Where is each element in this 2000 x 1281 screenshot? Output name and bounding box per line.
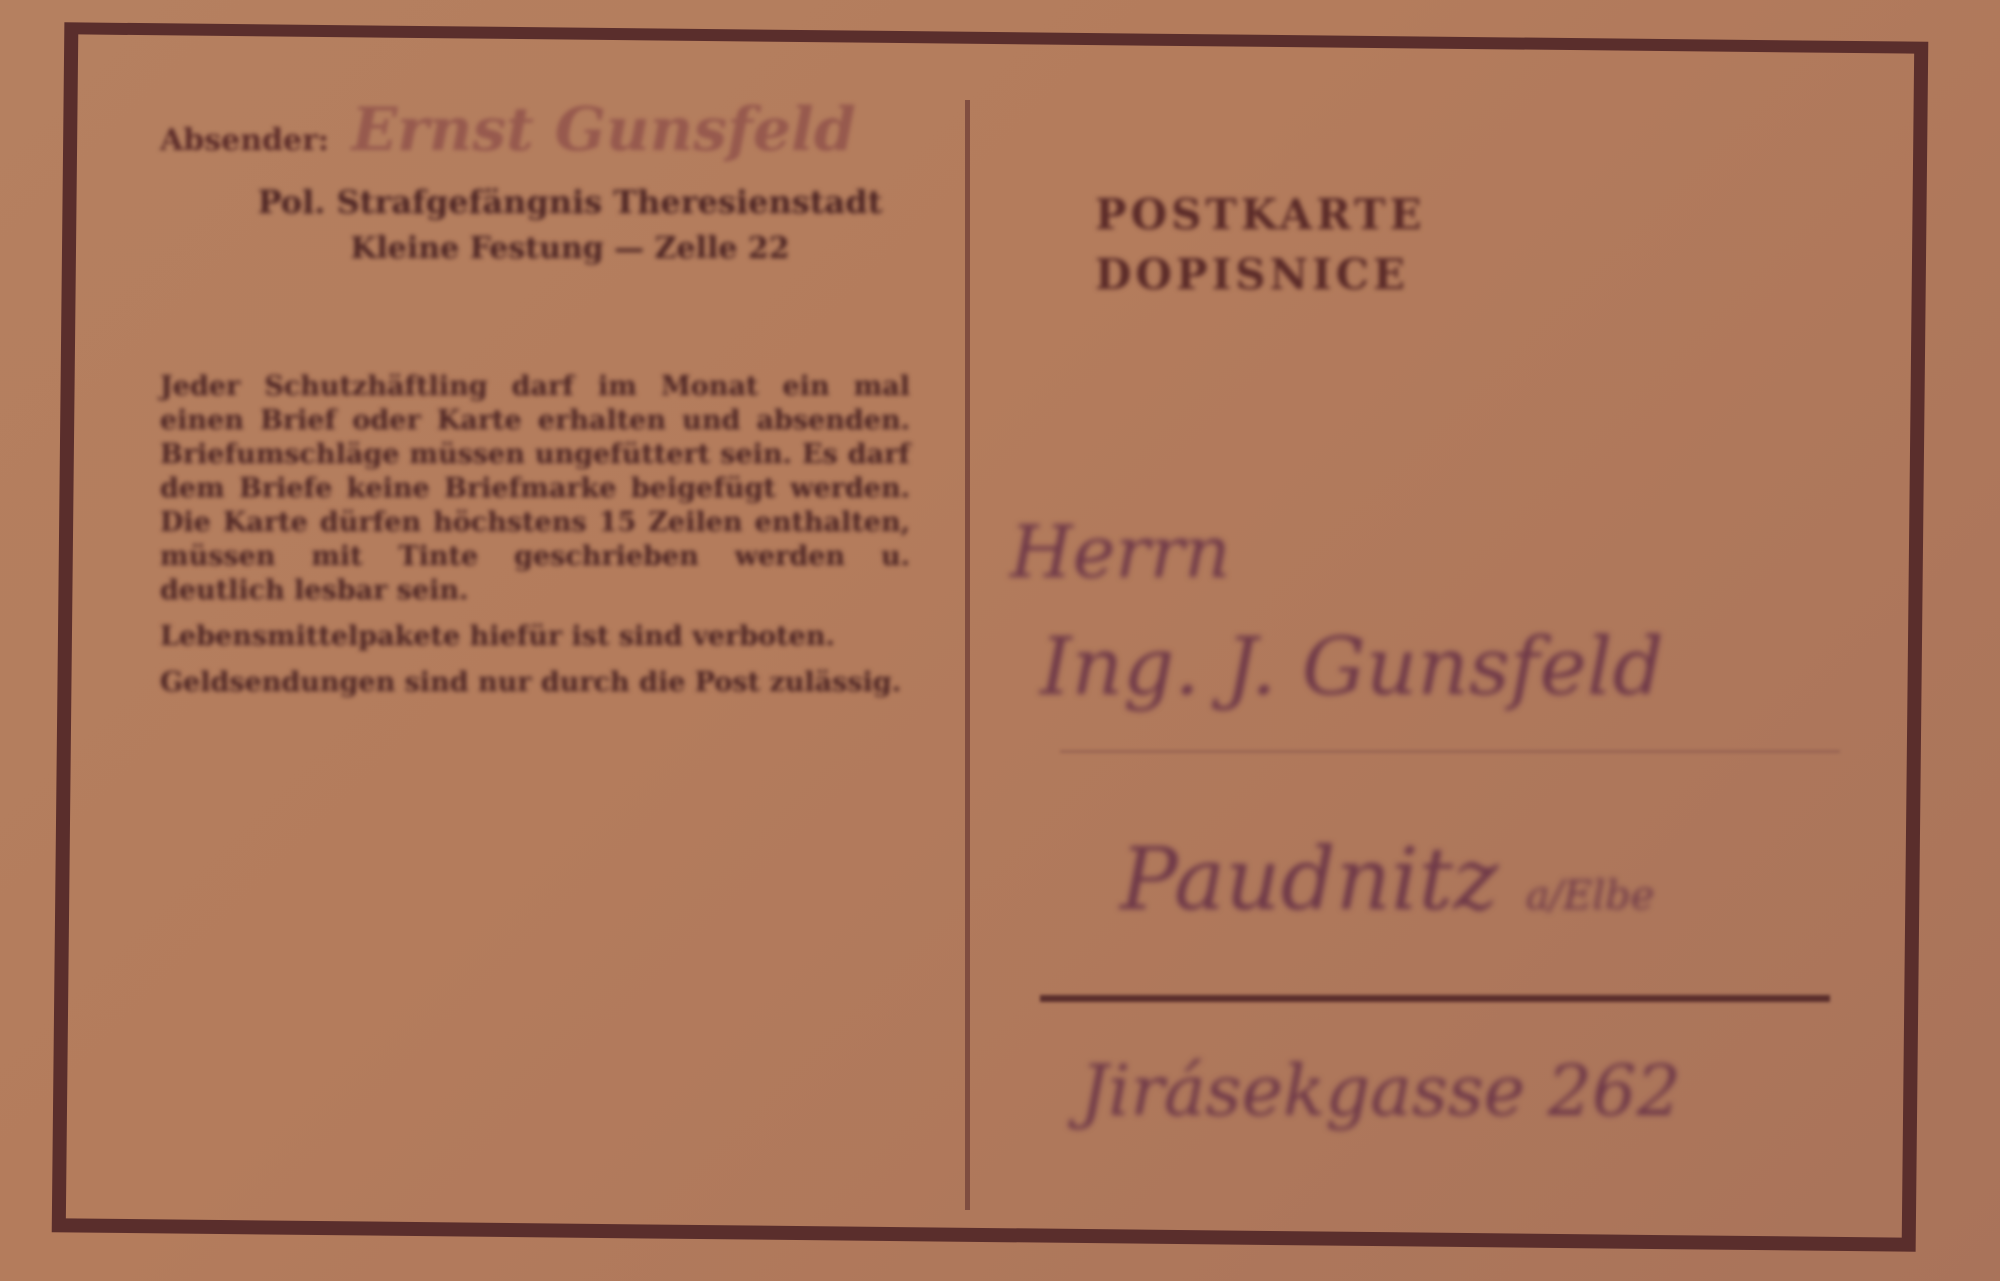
sender-block: Absender: Ernst Gunsfeld Pol. Strafgefän… (160, 95, 980, 266)
address-city-row: Paudnitz a/Elbe (1120, 830, 1654, 930)
address-guide-line (1060, 750, 1840, 753)
sender-label-row: Absender: Ernst Gunsfeld (160, 95, 980, 165)
address-street: Jirásekgasse 262 (1080, 1050, 1681, 1132)
cell-number: 22 (748, 231, 790, 266)
sender-label: Absender: (160, 123, 329, 158)
camp-line: Pol. Strafgefängnis Theresienstadt (160, 183, 980, 221)
rules-paragraph: Geldsendungen sind nur durch die Post zu… (160, 666, 910, 700)
rules-paragraph: Jeder Schutzhäftling darf im Monat ein m… (160, 370, 910, 608)
sender-handwritten-name: Ernst Gunsfeld (351, 95, 855, 165)
title-line-czech: DOPISNICE (1095, 245, 1426, 305)
address-city: Paudnitz (1120, 830, 1498, 930)
address-name: Ing. J. Gunsfeld (1040, 620, 1664, 713)
address-city-suffix: a/Elbe (1526, 873, 1655, 919)
center-divider-line (965, 100, 970, 1210)
rules-paragraph: Lebensmittelpakete hiefür ist sind verbo… (160, 620, 910, 654)
city-underline (1040, 995, 1830, 1002)
block-text: Kleine Festung — Zelle (350, 231, 737, 266)
address-salutation: Herrn (1010, 510, 1231, 594)
rules-text: Jeder Schutzhäftling darf im Monat ein m… (160, 370, 910, 712)
postcard-title: POSTKARTE DOPISNICE (1095, 185, 1426, 305)
block-line: Kleine Festung — Zelle 22 (160, 231, 980, 266)
title-line-german: POSTKARTE (1095, 185, 1426, 245)
postcard-photo: Absender: Ernst Gunsfeld Pol. Strafgefän… (0, 0, 2000, 1281)
